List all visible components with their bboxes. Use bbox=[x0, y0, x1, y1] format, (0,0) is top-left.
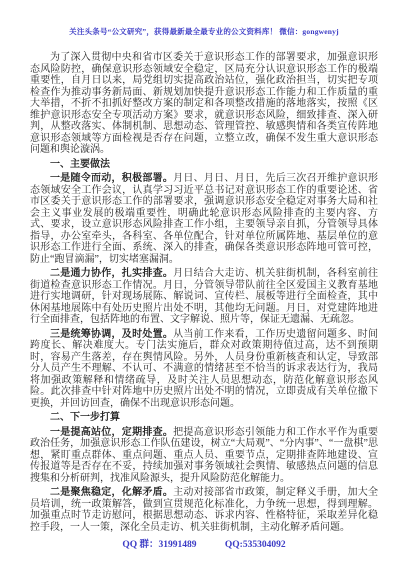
section-heading-next-steps: 二、下一步打算 bbox=[30, 412, 378, 424]
intro-paragraph: 为了深入贯彻中央和省市区委关于意识形态工作的部署要求，加强意识形态风险防控，确保… bbox=[30, 52, 378, 156]
paragraph-lead: 一是提高站位，定期排查。 bbox=[50, 427, 173, 438]
qq-group-contact: QQ 群：31991489 bbox=[122, 536, 196, 550]
paragraph-lead: 二是聚焦稳定，化解矛盾。 bbox=[50, 487, 173, 498]
paragraph-text: 从当前工作来看，工作历史遗留问题多、时间跨度长、解决难度大。专门法实施后，群众对… bbox=[30, 329, 378, 409]
paragraph-text: 月日、月日、月日，先后三次召开维护意识形态领域安全工作会议，认真学习习近平总书记… bbox=[30, 173, 378, 265]
paragraph-practice-3: 三是统筹协调，及时处置。从当前工作来看，工作历史遗留问题多、时间跨度长、解决难度… bbox=[30, 329, 378, 410]
footer-contact-note: QQ 群：31991489 QQ:535304092 bbox=[0, 536, 408, 550]
paragraph-plan-1: 一是提高站位，定期排查。把提高意识形态引领能力和工作水平作为重要政治任务，加强意… bbox=[30, 427, 378, 485]
paragraph-text: 为了深入贯彻中央和省市区委关于意识形态工作的部署要求，加强意识形态风险防控，确保… bbox=[30, 52, 378, 155]
paragraph-practice-1: 一是随令而动，积极部署。月日、月日、月日，先后三次召开维护意识形态领域安全工作会… bbox=[30, 173, 378, 265]
section-heading-main-practices: 一、主要做法 bbox=[30, 159, 378, 171]
paragraph-lead: 一是随令而动，积极部署。 bbox=[50, 173, 173, 184]
paragraph-lead: 三是统筹协调，及时处置。 bbox=[50, 329, 173, 340]
paragraph-plan-2: 二是聚焦稳定，化解矛盾。主动对接部省市政策，制定释义手册，加大全员培训，统一政策… bbox=[30, 487, 378, 533]
document-page: 关注头条号“公文研究”，获得最新最全最专业的公文资料库！ 微信：gongweny… bbox=[0, 0, 408, 580]
paragraph-practice-2: 二是通力协作，扎实排查。月日结合大走访、机关驻街机制，各科室前往街道检查意识形态… bbox=[30, 268, 378, 326]
document-body: 为了深入贯彻中央和省市区委关于意识形态工作的部署要求，加强意识形态风险防控，确保… bbox=[30, 52, 378, 536]
qq-contact: QQ:535304092 bbox=[225, 540, 286, 550]
header-promo-note: 关注头条号“公文研究”，获得最新最全最专业的公文资料库！ 微信：gongweny… bbox=[0, 26, 408, 37]
paragraph-lead: 二是通力协作，扎实排查。 bbox=[50, 268, 173, 279]
